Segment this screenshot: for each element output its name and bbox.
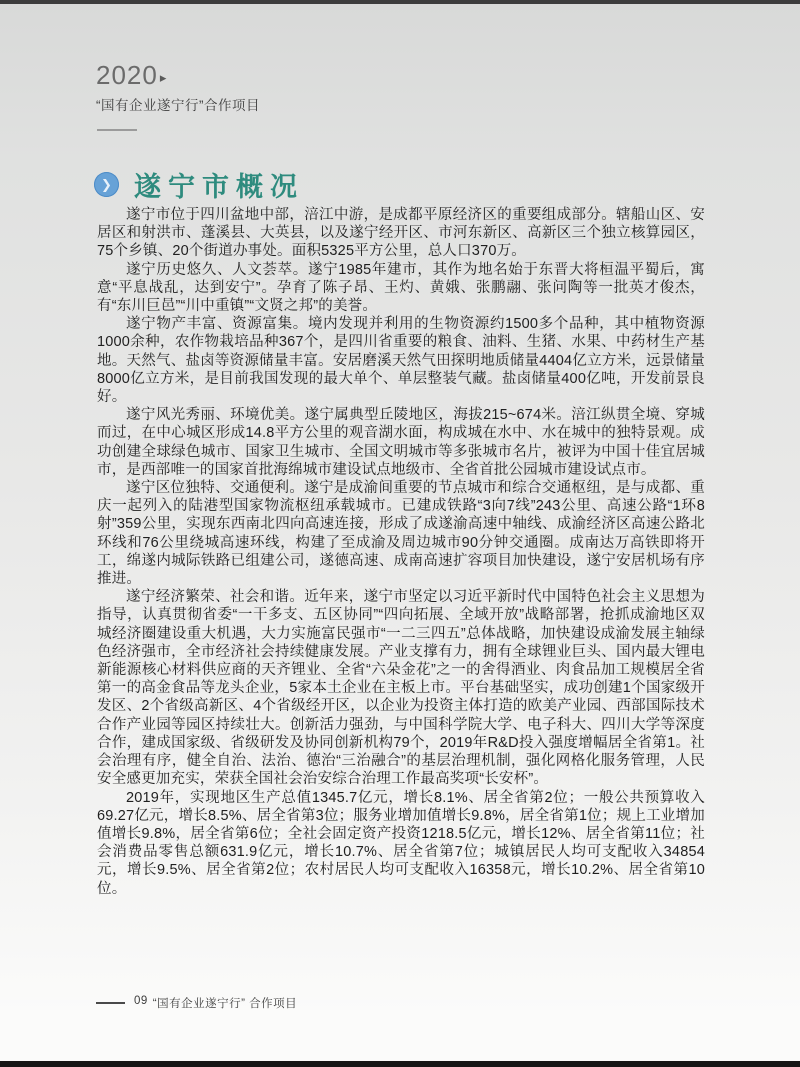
paragraph-history: 遂宁历史悠久、人文荟萃。遂宁1985年建市，其作为地名始于东晋大将桓温平蜀后，寓…	[97, 261, 705, 316]
header-subtitle: “国有企业遂宁行”合作项目	[96, 94, 260, 114]
paragraph-transport: 遂宁区位独特、交通便利。遂宁是成渝间重要的节点城市和综合交通枢纽，是与成都、重庆…	[97, 479, 705, 588]
chevron-right-circle-icon: ❯	[94, 172, 119, 197]
paragraph-economy: 遂宁经济繁荣、社会和谐。近年来，遂宁市坚定以习近平新时代中国特色社会主义思想为指…	[97, 588, 705, 788]
paragraph-statistics: 2019年，实现地区生产总值1345.7亿元，增长8.1%、居全省第2位；一般公…	[97, 789, 705, 898]
arrow-right-icon: ▸	[160, 70, 167, 86]
header-divider	[97, 129, 137, 131]
header-year-row: 2020 ▸	[96, 60, 260, 91]
article-body: 遂宁市位于四川盆地中部，涪江中游，是成都平原经济区的重要组成部分。辖船山区、安居…	[97, 206, 705, 898]
header-year: 2020	[96, 60, 158, 91]
page-top-edge	[0, 0, 800, 4]
page-header: 2020 ▸ “国有企业遂宁行”合作项目	[96, 60, 260, 114]
footer-label: “国有企业遂宁行” 合作项目	[153, 995, 297, 1011]
footer-dash	[96, 1002, 125, 1004]
page-bottom-edge	[0, 1061, 800, 1067]
footer-page-number: 09	[134, 995, 148, 1011]
section-title: 遂宁市概况	[134, 165, 304, 204]
paragraph-environment: 遂宁风光秀丽、环境优美。遂宁属典型丘陵地区，海拔215~674米。涪江纵贯全境、…	[97, 406, 705, 479]
paragraph-resources: 遂宁物产丰富、资源富集。境内发现并利用的生物资源约1500多个品种，其中植物资源…	[97, 315, 705, 406]
page-footer: 09 “国有企业遂宁行” 合作项目	[96, 995, 297, 1011]
section-header: ❯ 遂宁市概况	[94, 165, 304, 204]
paragraph-overview: 遂宁市位于四川盆地中部，涪江中游，是成都平原经济区的重要组成部分。辖船山区、安居…	[97, 206, 705, 261]
document-page: 2020 ▸ “国有企业遂宁行”合作项目 ❯ 遂宁市概况 遂宁市位于四川盆地中部…	[0, 0, 800, 1067]
footer-text: 09 “国有企业遂宁行” 合作项目	[134, 995, 297, 1011]
